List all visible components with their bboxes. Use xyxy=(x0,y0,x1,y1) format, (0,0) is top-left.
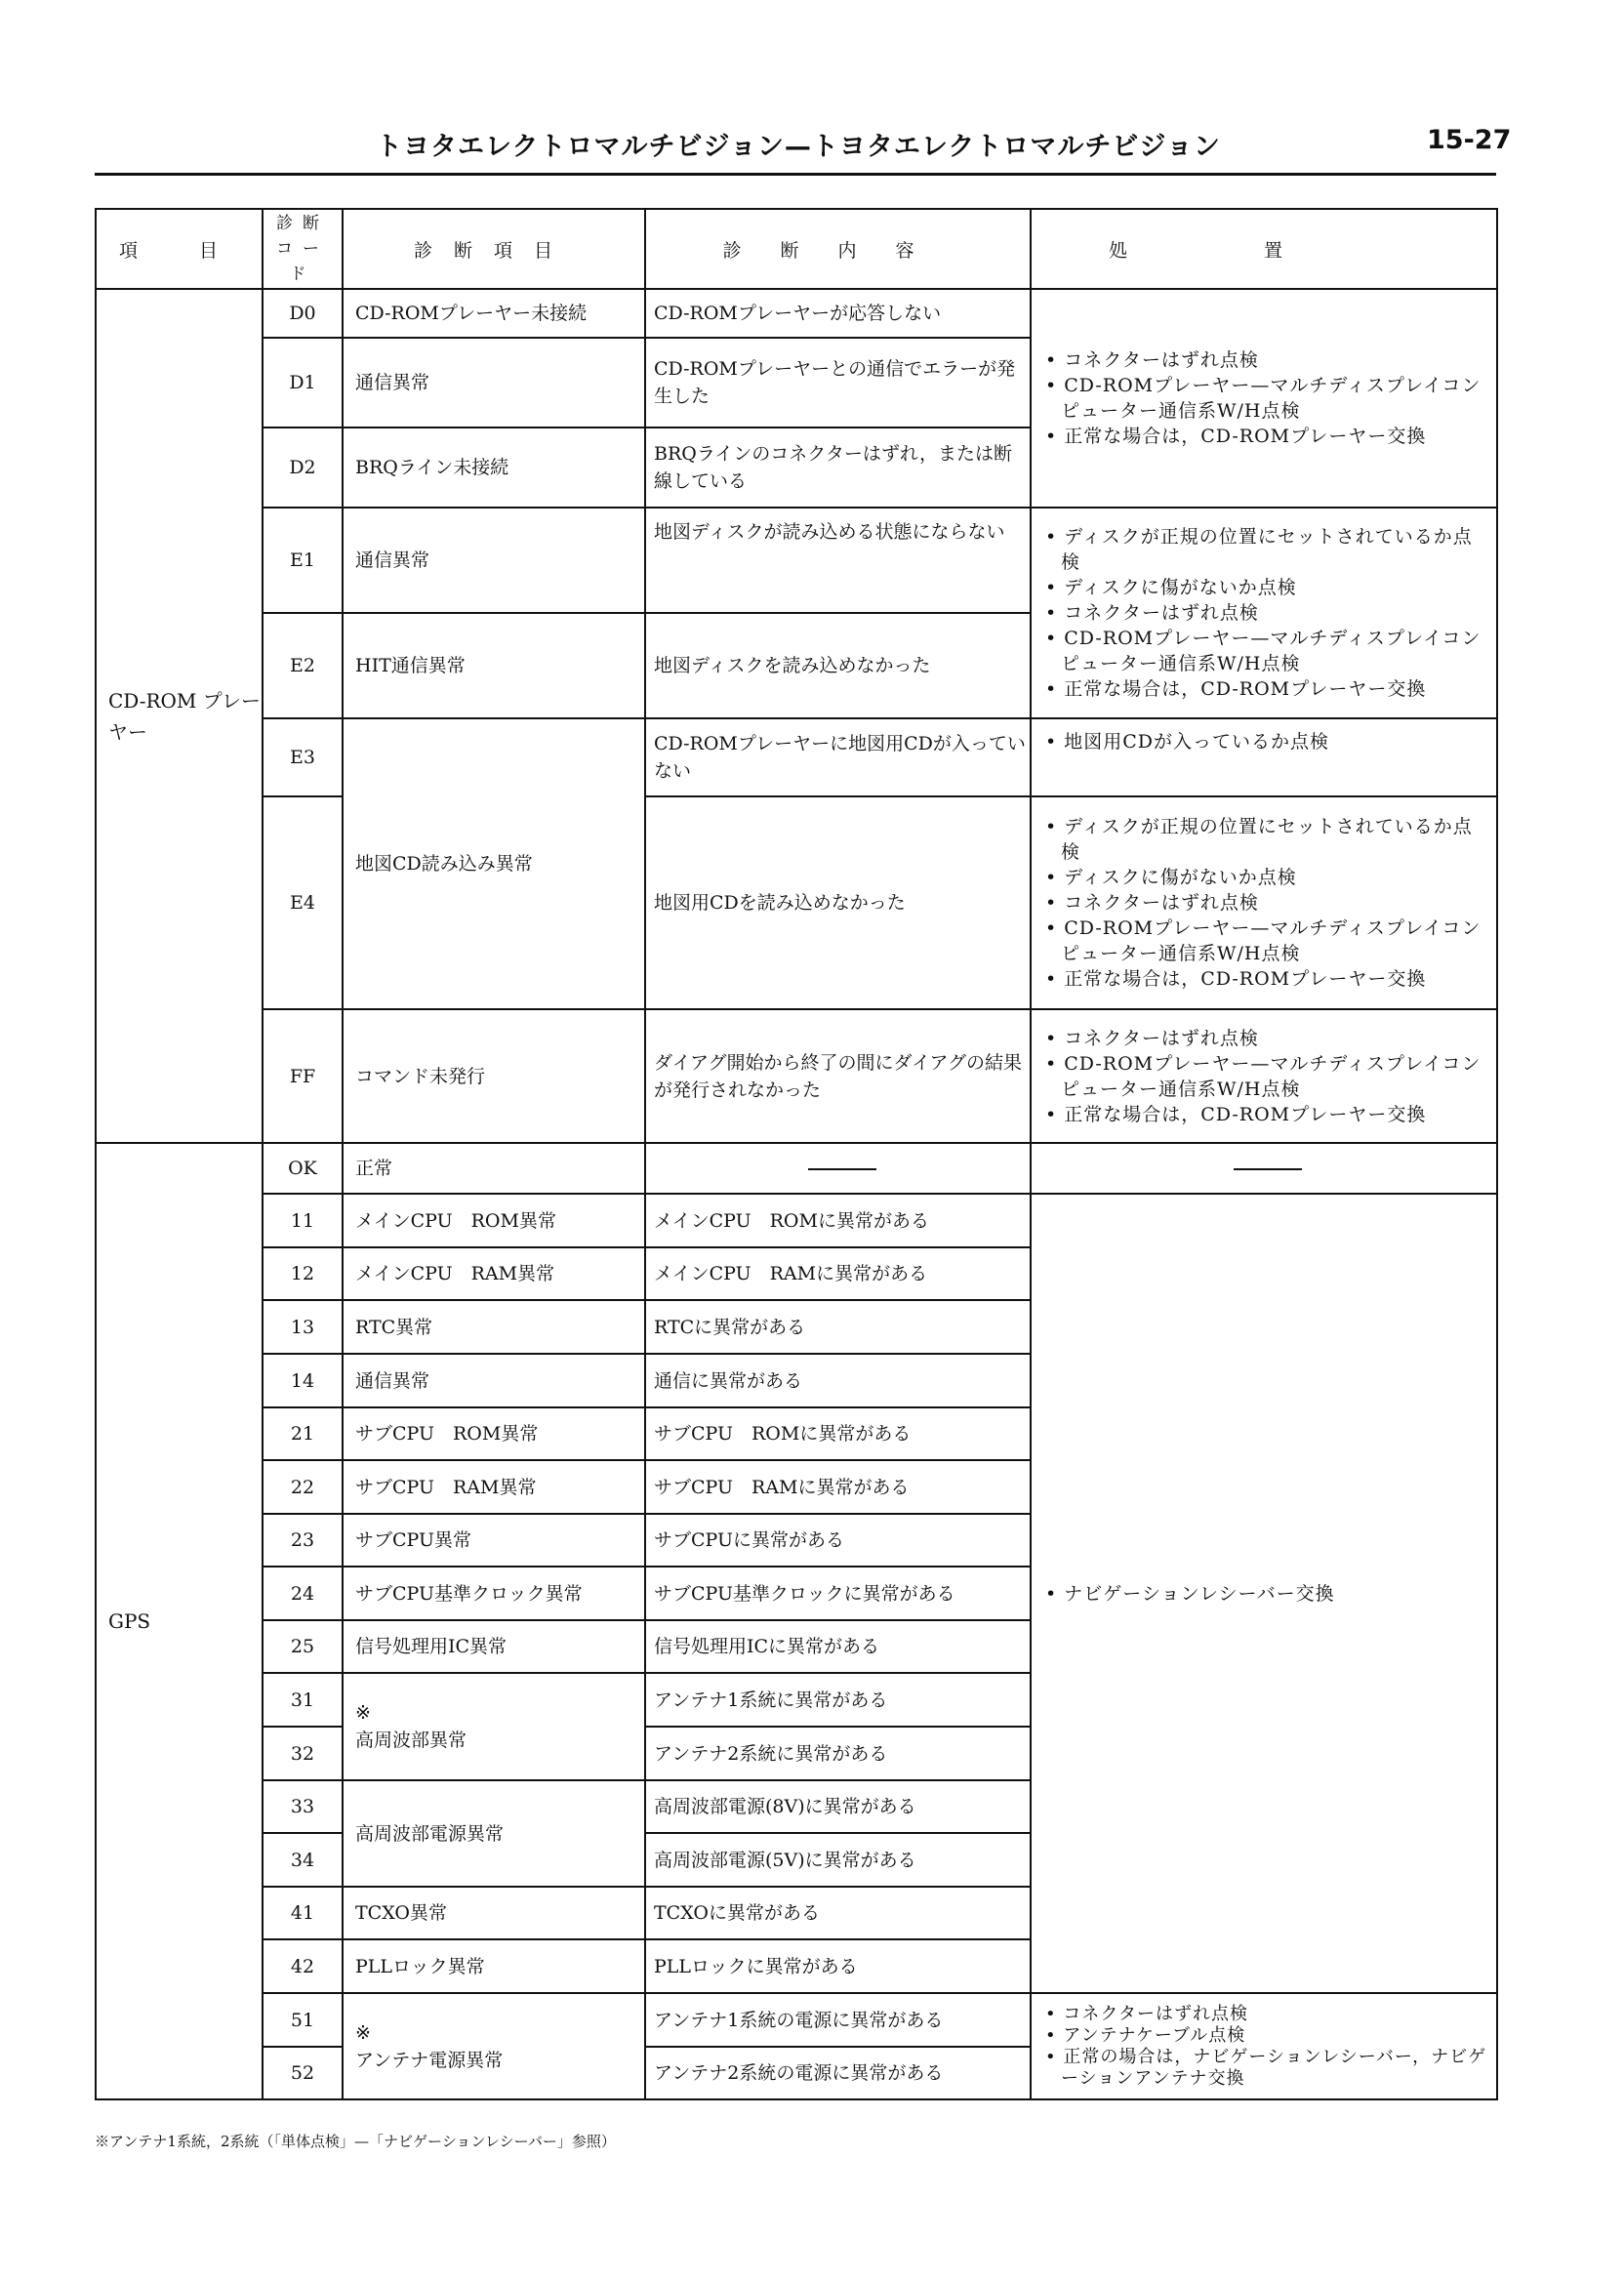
code-cell: 32 xyxy=(263,1727,343,1780)
diag-content-cell: メインCPU RAMに異常がある xyxy=(645,1247,1031,1300)
table-header-row: 項 目 診断 コード 診断項目 診断内容 処置 xyxy=(96,209,1497,289)
action-line: • コネクターはずれ点検 xyxy=(1045,1026,1490,1051)
table-row: 51 ※ アンテナ電源異常 アンテナ1系統の電源に異常がある • コネクターはず… xyxy=(96,1993,1497,2047)
footnote: ※アンテナ1系統，2系統（「単体点検」—「ナビゲーションレシーバー」参照） xyxy=(95,2131,616,2151)
group-label: CD-ROM プレーヤー xyxy=(108,689,261,744)
code-cell: 12 xyxy=(263,1247,343,1300)
diag-content-cell: TCXOに異常がある xyxy=(645,1887,1031,1939)
diag-content-cell: CD-ROMプレーヤーに地図用CDが入っていない xyxy=(645,718,1031,796)
table-row: 11 メインCPU ROM異常 メインCPU ROMに異常がある • ナビゲーシ… xyxy=(96,1194,1497,1247)
table-row: E1 通信異常 地図ディスクが読み込める状態にならない • ディスクが正規の位置… xyxy=(96,508,1497,613)
diag-content-cell: 地図ディスクが読み込める状態にならない xyxy=(645,508,1031,613)
action-line: • ディスクに傷がないか点検 xyxy=(1045,865,1490,890)
diag-item-cell: ※ アンテナ電源異常 xyxy=(343,1993,645,2099)
code-cell: E4 xyxy=(263,796,343,1009)
col-header-code-line1: 診断 xyxy=(264,211,342,236)
diag-content-cell xyxy=(645,1143,1031,1194)
col-header-code: 診断 コード xyxy=(263,209,343,289)
diag-content-cell: 地図ディスクを読み込めなかった xyxy=(645,613,1031,718)
code-cell: 34 xyxy=(263,1833,343,1887)
action-line: • ディスクが正規の位置にセットされているか点検 xyxy=(1045,814,1490,865)
col-header-item: 項 目 xyxy=(96,209,263,289)
code-cell: 22 xyxy=(263,1460,343,1514)
diag-content-cell: アンテナ1系統に異常がある xyxy=(645,1673,1031,1727)
table-row: FF コマンド未発行 ダイアグ開始から終了の間にダイアグの結果が発行されなかった… xyxy=(96,1009,1497,1143)
diag-content-cell: 信号処理用ICに異常がある xyxy=(645,1620,1031,1673)
diagnosis-table: 項 目 診断 コード 診断項目 診断内容 処置 CD-ROM プレーヤー D0 … xyxy=(95,208,1498,2100)
diag-content-cell: CD-ROMプレーヤーとの通信でエラーが発生した xyxy=(645,338,1031,427)
col-header-action: 処置 xyxy=(1031,209,1497,289)
group-label: GPS xyxy=(108,1609,150,1633)
diag-content-cell: PLLロックに異常がある xyxy=(645,1939,1031,1993)
action-cell-gps-main: • ナビゲーションレシーバー交換 xyxy=(1031,1194,1497,1993)
diag-item-cell: 高周波部電源異常 xyxy=(343,1780,645,1887)
diag-item-cell: サブCPU基準クロック異常 xyxy=(343,1567,645,1620)
dash-placeholder xyxy=(808,1168,876,1170)
code-cell: E2 xyxy=(263,613,343,718)
diag-content-cell: アンテナ2系統に異常がある xyxy=(645,1727,1031,1780)
code-cell: D1 xyxy=(263,338,343,427)
action-line: • コネクターはずれ点検 xyxy=(1045,600,1490,626)
action-line: • 地図用CDが入っているか点検 xyxy=(1045,729,1490,754)
action-line: • コネクターはずれ点検 xyxy=(1045,347,1490,373)
diag-item-cell: サブCPU RAM異常 xyxy=(343,1460,645,1514)
code-cell: 31 xyxy=(263,1673,343,1727)
action-cell-d-group: • コネクターはずれ点検 • CD-ROMプレーヤー—マルチディスプレイコンピュ… xyxy=(1031,289,1497,508)
action-line: • CD-ROMプレーヤー—マルチディスプレイコンピューター通信系W/H点検 xyxy=(1045,916,1490,966)
diag-content-cell: アンテナ2系統の電源に異常がある xyxy=(645,2047,1031,2099)
action-line: • CD-ROMプレーヤー—マルチディスプレイコンピューター通信系W/H点検 xyxy=(1045,626,1490,676)
col-header-diag-content: 診断内容 xyxy=(645,209,1031,289)
diag-item-cell: サブCPU ROM異常 xyxy=(343,1407,645,1460)
action-line: • 正常の場合は，ナビゲーションレシーバー，ナビゲーションアンテナ交換 xyxy=(1045,2047,1490,2090)
diag-content-cell: アンテナ1系統の電源に異常がある xyxy=(645,1993,1031,2047)
col-header-action-label: 処置 xyxy=(1109,240,1419,262)
diag-content-cell: 通信に異常がある xyxy=(645,1354,1031,1407)
diag-content-cell: 高周波部電源(5V)に異常がある xyxy=(645,1833,1031,1887)
code-cell: 41 xyxy=(263,1887,343,1939)
diag-item-cell: HIT通信異常 xyxy=(343,613,645,718)
table-row: GPS OK 正常 xyxy=(96,1143,1497,1194)
diag-item-cell: TCXO異常 xyxy=(343,1887,645,1939)
code-cell: D2 xyxy=(263,427,343,508)
diag-item-cell: メインCPU ROM異常 xyxy=(343,1194,645,1247)
dash-placeholder xyxy=(1234,1168,1302,1170)
code-cell: 51 xyxy=(263,1993,343,2047)
diag-item-cell: メインCPU RAM異常 xyxy=(343,1247,645,1300)
code-cell: 25 xyxy=(263,1620,343,1673)
diag-item-cell: 通信異常 xyxy=(343,338,645,427)
diag-item-cell: 通信異常 xyxy=(343,508,645,613)
code-cell: FF xyxy=(263,1009,343,1143)
action-line: • コネクターはずれ点検 xyxy=(1045,2004,1490,2025)
diag-content-cell: BRQラインのコネクターはずれ，または断線している xyxy=(645,427,1031,508)
action-line: • コネクターはずれ点検 xyxy=(1045,890,1490,916)
page-header-title: トヨタエレクトロマルチビジョン—トヨタエレクトロマルチビジョン xyxy=(376,125,1221,163)
diag-item-cell: BRQライン未接続 xyxy=(343,427,645,508)
diag-item-cell: 通信異常 xyxy=(343,1354,645,1407)
code-cell: E1 xyxy=(263,508,343,613)
code-cell: 14 xyxy=(263,1354,343,1407)
action-line: • ディスクが正規の位置にセットされているか点検 xyxy=(1045,524,1490,575)
col-header-diag-item-label: 診断項目 xyxy=(414,240,574,262)
code-cell: 21 xyxy=(263,1407,343,1460)
action-line: • ディスクに傷がないか点検 xyxy=(1045,575,1490,600)
action-cell-gps-antenna: • コネクターはずれ点検 • アンテナケーブル点検 • 正常の場合は，ナビゲーシ… xyxy=(1031,1993,1497,2099)
action-line: • 正常な場合は，CD-ROMプレーヤー交換 xyxy=(1045,676,1490,702)
diag-content-cell: サブCPU RAMに異常がある xyxy=(645,1460,1031,1514)
code-cell: 23 xyxy=(263,1514,343,1567)
col-header-item-label: 項 目 xyxy=(119,240,239,262)
reference-mark: ※ xyxy=(355,2019,644,2047)
diag-content-cell: 高周波部電源(8V)に異常がある xyxy=(645,1780,1031,1833)
table-row: E3 地図CD読み込み異常 CD-ROMプレーヤーに地図用CDが入っていない •… xyxy=(96,718,1497,796)
code-cell: D0 xyxy=(263,289,343,338)
diag-content-cell: ダイアグ開始から終了の間にダイアグの結果が発行されなかった xyxy=(645,1009,1031,1143)
action-cell-ff: • コネクターはずれ点検 • CD-ROMプレーヤー—マルチディスプレイコンピュ… xyxy=(1031,1009,1497,1143)
action-line: • CD-ROMプレーヤー—マルチディスプレイコンピューター通信系W/H点検 xyxy=(1045,373,1490,424)
group-cell-gps: GPS xyxy=(96,1143,263,2099)
code-cell: E3 xyxy=(263,718,343,796)
table-row: E4 地図用CDを読み込めなかった • ディスクが正規の位置にセットされているか… xyxy=(96,796,1497,1009)
table-row: CD-ROM プレーヤー D0 CD-ROMプレーヤー未接続 CD-ROMプレー… xyxy=(96,289,1497,338)
diag-item-cell: コマンド未発行 xyxy=(343,1009,645,1143)
action-cell-e12-group: • ディスクが正規の位置にセットされているか点検 • ディスクに傷がないか点検 … xyxy=(1031,508,1497,718)
diag-content-cell: サブCPUに異常がある xyxy=(645,1514,1031,1567)
diag-item-cell: 地図CD読み込み異常 xyxy=(343,718,645,1009)
diag-content-cell: サブCPU基準クロックに異常がある xyxy=(645,1567,1031,1620)
code-cell: 52 xyxy=(263,2047,343,2099)
diag-item-cell: CD-ROMプレーヤー未接続 xyxy=(343,289,645,338)
code-cell: 13 xyxy=(263,1300,343,1354)
diag-item-cell: サブCPU異常 xyxy=(343,1514,645,1567)
diag-item-cell: PLLロック異常 xyxy=(343,1939,645,1993)
action-line: • 正常な場合は，CD-ROMプレーヤー交換 xyxy=(1045,424,1490,449)
code-cell: OK xyxy=(263,1143,343,1194)
diag-item-cell: 信号処理用IC異常 xyxy=(343,1620,645,1673)
diag-content-cell: メインCPU ROMに異常がある xyxy=(645,1194,1031,1247)
action-line: • ナビゲーションレシーバー交換 xyxy=(1045,1581,1490,1607)
diag-content-cell: CD-ROMプレーヤーが応答しない xyxy=(645,289,1031,338)
diag-item-label: アンテナ電源異常 xyxy=(355,2047,644,2074)
group-cell-cdrom: CD-ROM プレーヤー xyxy=(96,289,263,1143)
action-line: • 正常な場合は，CD-ROMプレーヤー交換 xyxy=(1045,1102,1490,1127)
code-cell: 24 xyxy=(263,1567,343,1620)
diag-content-cell: RTCに異常がある xyxy=(645,1300,1031,1354)
diag-content-cell: サブCPU ROMに異常がある xyxy=(645,1407,1031,1460)
action-line: • 正常な場合は，CD-ROMプレーヤー交換 xyxy=(1045,966,1490,992)
diag-item-label: 高周波部異常 xyxy=(355,1727,644,1754)
action-cell-ok xyxy=(1031,1143,1497,1194)
code-cell: 33 xyxy=(263,1780,343,1833)
col-header-diag-item: 診断項目 xyxy=(343,209,645,289)
action-cell-e3: • 地図用CDが入っているか点検 xyxy=(1031,718,1497,796)
code-cell: 42 xyxy=(263,1939,343,1993)
diag-item-cell: 正常 xyxy=(343,1143,645,1194)
diag-item-cell: RTC異常 xyxy=(343,1300,645,1354)
col-header-diag-content-label: 診断内容 xyxy=(722,240,953,262)
action-cell-e4: • ディスクが正規の位置にセットされているか点検 • ディスクに傷がないか点検 … xyxy=(1031,796,1497,1009)
action-line: • CD-ROMプレーヤー—マルチディスプレイコンピューター通信系W/H点検 xyxy=(1045,1051,1490,1102)
diag-item-cell: ※ 高周波部異常 xyxy=(343,1673,645,1780)
header-rule xyxy=(95,173,1496,176)
page-number: 15-27 xyxy=(1427,125,1511,155)
code-cell: 11 xyxy=(263,1194,343,1247)
reference-mark: ※ xyxy=(355,1699,644,1727)
diag-content-cell: 地図用CDを読み込めなかった xyxy=(645,796,1031,1009)
col-header-code-line2: コード xyxy=(264,236,342,287)
action-line: • アンテナケーブル点検 xyxy=(1045,2025,1490,2047)
